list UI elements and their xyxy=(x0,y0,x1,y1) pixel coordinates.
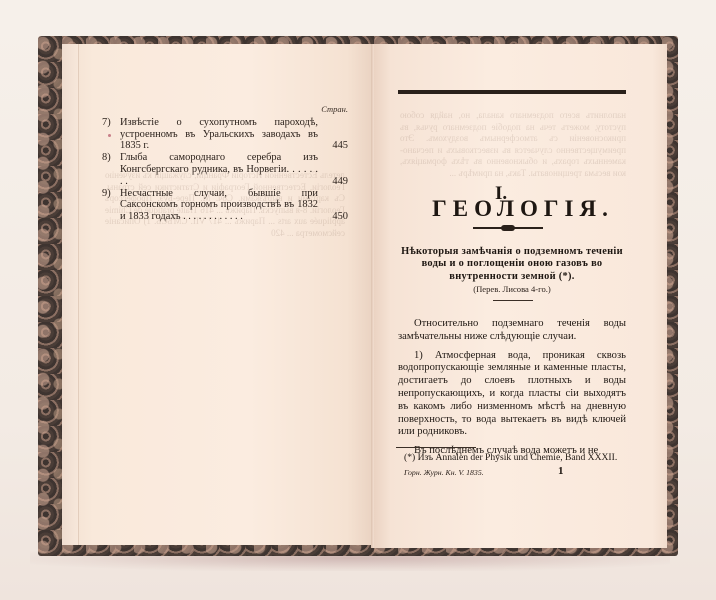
book-gutter xyxy=(371,44,374,548)
toc-item-number: 9) xyxy=(102,188,111,200)
toc-item-number: 8) xyxy=(102,152,111,164)
toc-item-text: Глыба самороднаго серебра изъ Конгсбергс… xyxy=(120,152,318,187)
toc-item-text: Несчастные случаи, бывшіе при Саксонском… xyxy=(120,188,318,223)
table-of-contents: Стран. 7) Извѣстіе о сухопутномъ пароход… xyxy=(100,104,348,223)
toc-item-page: 449 xyxy=(332,176,348,188)
short-divider xyxy=(493,300,533,301)
toc-item-page: 450 xyxy=(332,211,348,223)
paragraph: 1) Атмосферная вода, проникая сквозь вод… xyxy=(398,350,626,440)
signature-line: Горн. Журн. Кн. V. 1835. xyxy=(404,468,484,477)
toc-item-number: 7) xyxy=(102,117,111,129)
toc-page-header: Стран. xyxy=(100,104,348,116)
toc-item: 7) Извѣстіе о сухопутномъ пароходѣ, устр… xyxy=(100,117,348,152)
footnote-rule xyxy=(396,447,476,448)
signature-mark: 1 xyxy=(558,465,564,477)
translator-note: (Перев. Лисова 4-го.) xyxy=(398,284,626,294)
ornament-divider xyxy=(473,226,543,230)
toc-item-page: 445 xyxy=(332,140,348,152)
left-page-stub-edge xyxy=(62,44,79,545)
article-title: Нѣкоторыя замѣчанія о подземномъ теченіи… xyxy=(398,246,626,283)
header-rule xyxy=(398,90,626,94)
paragraph: Относительно подземнаго теченія воды зам… xyxy=(398,318,626,344)
section-title: ГЕОЛОГІЯ. xyxy=(418,196,628,222)
toc-item: 8) Глыба самороднаго серебра изъ Конгсбе… xyxy=(100,152,348,187)
toc-item-text: Извѣстіе о сухопутномъ пароходѣ, устроен… xyxy=(120,117,318,152)
footnote: (*) Изъ Annalen der Physik und Chemie, B… xyxy=(404,452,630,463)
toc-item: 9) Несчастные случаи, бывшіе при Саксонс… xyxy=(100,188,348,223)
article-body: Относительно подземнаго теченія воды зам… xyxy=(398,318,626,464)
